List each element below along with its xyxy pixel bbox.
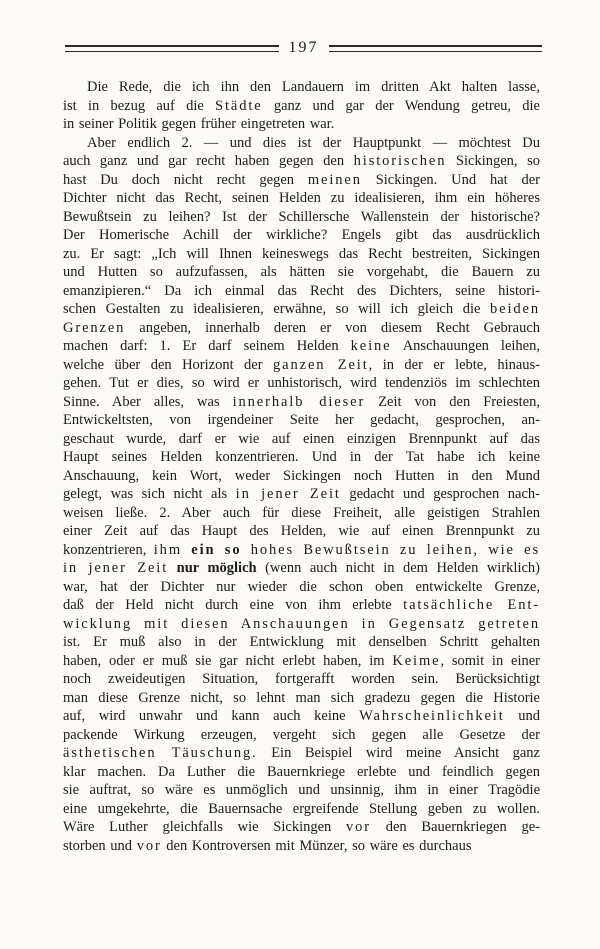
gesperrt-emphasis: historischen (354, 153, 447, 169)
gesperrt-emphasis: in jener Zeit (236, 486, 341, 502)
text-line: ästhetischen Täuschung. Ein Beispiel wir… (63, 744, 540, 763)
text-line: in seiner Politik gegen früher eingetret… (63, 115, 540, 134)
text-line: wicklung mit diesen Anschauungen in Gege… (63, 615, 540, 634)
text-line: welche über den Horizont der ganzen Zeit… (63, 356, 540, 375)
gesperrt-emphasis: ästhetischen Täuschung. (63, 745, 258, 761)
text-line: Sinne. Aber alles, was innerhalb dieser … (63, 393, 540, 412)
text-line: Aber endlich 2. — und dies ist der Haupt… (63, 134, 540, 153)
text-line: eine umgekehrte, die Bauernsache ergreif… (63, 800, 540, 819)
gesperrt-emphasis: ihm ein so hohes Bewußtsein zu leihen, w… (154, 542, 540, 558)
text-line: in jener Zeit nur möglich (wenn auch nic… (63, 559, 540, 578)
bold-emphasis: ein so (191, 542, 241, 558)
text-line: Entwickeltsten, von irgendeiner Seite he… (63, 411, 540, 430)
text-line: emanzipieren.“ Da ich einmal das Recht d… (63, 282, 540, 301)
text-line: Grenzen angeben, innerhalb deren er von … (63, 319, 540, 338)
header-rule-right (329, 45, 543, 52)
text-line: haben, oder er muß sie gar nicht erlebt … (63, 652, 540, 671)
text-line: auch ganz und gar recht haben gegen den … (63, 152, 540, 171)
gesperrt-emphasis: ganzen Zeit (273, 357, 369, 373)
header-rule-left (65, 45, 279, 52)
text-line: gehen. Tut er dies, so wird er unhistori… (63, 374, 540, 393)
text-line: auf, wird unwahr und kann auch keine Wah… (63, 707, 540, 726)
text-line: ist. Er muß also in der Entwicklung mit … (63, 633, 540, 652)
text-line: noch zweideutigen Situation, fortgerafft… (63, 670, 540, 689)
book-page: 197 Die Rede, die ich ihn den Landauern … (0, 0, 600, 949)
gesperrt-emphasis: keine (351, 338, 392, 354)
gesperrt-emphasis: tatsächliche Ent- (403, 597, 540, 613)
text-line: ist in bezug auf die Städte ganz und gar… (63, 97, 540, 116)
text-line: Die Rede, die ich ihn den Landauern im d… (63, 78, 540, 97)
paragraph: Aber endlich 2. — und dies ist der Haupt… (63, 134, 540, 856)
text-line: schen Gestalten zu idealisieren, erwähne… (63, 300, 540, 319)
gesperrt-emphasis: Wahrscheinlichkeit (359, 708, 505, 724)
text-line: gelegt, was sich nicht als in jener Zeit… (63, 485, 540, 504)
gesperrt-emphasis: wicklung mit diesen Anschauungen in Gege… (63, 616, 540, 632)
text-line: Der Homerische Achill der wirkliche? Eng… (63, 226, 540, 245)
gesperrt-emphasis: Städte (215, 98, 263, 114)
text-line: Haupt seines Helden konzentrieren. Und i… (63, 448, 540, 467)
text-line: packende Wirkung erzeugen, vergeht sich … (63, 726, 540, 745)
gesperrt-emphasis: meinen (308, 172, 362, 188)
text-line: sie auftrat, so wäre es unmöglich und un… (63, 781, 540, 800)
page-content: 197 Die Rede, die ich ihn den Landauern … (0, 39, 600, 855)
gesperrt-emphasis: Grenzen (63, 320, 125, 336)
text-line: war, hat der Dichter nur wieder die scho… (63, 578, 540, 597)
gesperrt-emphasis: vor (346, 819, 371, 835)
gesperrt-emphasis: vor (137, 838, 162, 854)
text-line: Wäre Luther gleichfalls wie Sickingen vo… (63, 818, 540, 837)
text-line: Bewußtsein zu leihen? Ist der Schillersc… (63, 208, 540, 227)
gesperrt-emphasis: innerhalb dieser (233, 394, 366, 410)
page-number: 197 (279, 40, 329, 56)
text-line: weisen ließe. 2. Aber auch für diese Fre… (63, 504, 540, 523)
bold-emphasis: nur möglich (177, 560, 257, 576)
text-line: und Hutten so aufzufassen, als hätten si… (63, 263, 540, 282)
running-head: 197 (63, 39, 540, 57)
paragraph: Die Rede, die ich ihn den Landauern im d… (63, 78, 540, 134)
text-line: hast Du doch nicht recht gegen meinen Si… (63, 171, 540, 190)
text-line: Anschauung, kein Wort, weder Sickingen n… (63, 467, 540, 486)
text-line: klar machen. Da Luther die Bauernkriege … (63, 763, 540, 782)
text-line: zu. Er sagt: „Ich will Ihnen keineswegs … (63, 245, 540, 264)
gesperrt-emphasis: in jener Zeit (63, 560, 168, 576)
text-line: storben und vor den Kontroversen mit Mün… (63, 837, 540, 856)
text-line: einer Zeit auf das Haupt des Helden, wie… (63, 522, 540, 541)
text-line: machen darf: 1. Er darf seinem Helden ke… (63, 337, 540, 356)
text-line: daß der Held nicht durch eine von ihm er… (63, 596, 540, 615)
text-block: Die Rede, die ich ihn den Landauern im d… (63, 78, 540, 855)
gesperrt-emphasis: Keime (392, 653, 440, 669)
text-line: konzentrieren, ihm ein so hohes Bewußtse… (63, 541, 540, 560)
gesperrt-emphasis: beiden (490, 301, 540, 317)
text-line: Dichter nicht das Recht, seinen Helden z… (63, 189, 540, 208)
text-line: man diese Grenze nicht, so lehnt man sic… (63, 689, 540, 708)
text-line: geschaut wurde, darf er wie auf einen ei… (63, 430, 540, 449)
